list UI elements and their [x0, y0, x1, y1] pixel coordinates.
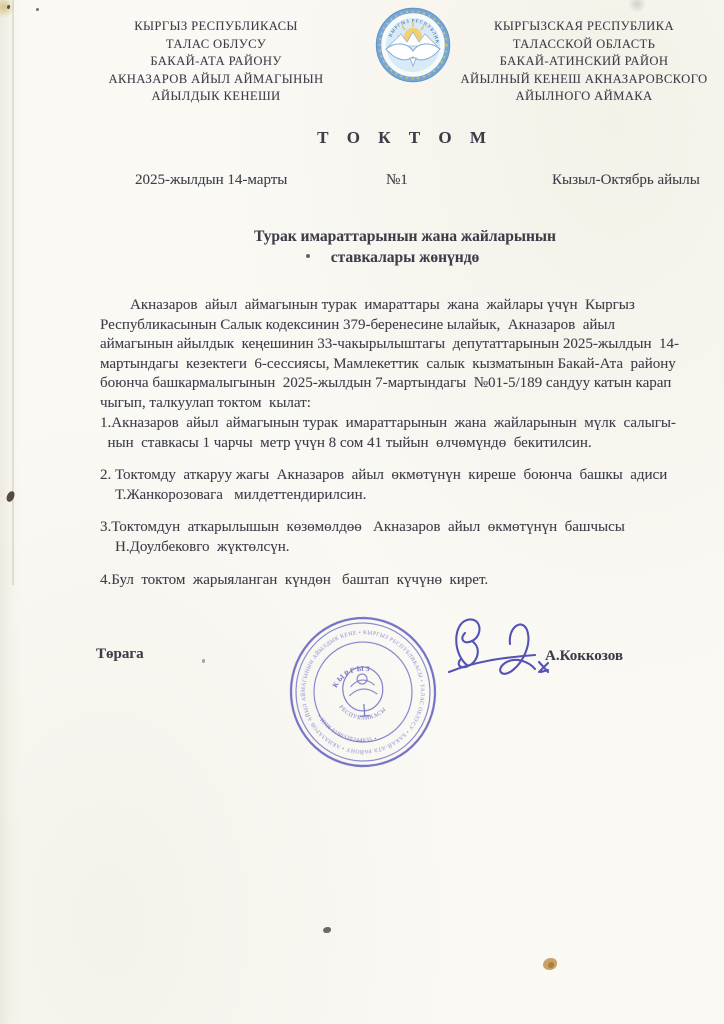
resolution-item-3: 3.Токтомдун аткарылышын көзөмөлдөө Акназ…: [100, 518, 722, 557]
decree-place: Кызыл-Октябрь айылы: [552, 172, 700, 189]
scan-speck: [7, 5, 10, 9]
header-line: КЫРГЫЗСКАЯ РЕСПУБЛИКА: [448, 18, 720, 36]
resolution-items: 1.Акназаров айыл аймагынын турак имаратт…: [100, 414, 722, 603]
svg-text:РЕСПУБЛИКАСЫ: РЕСПУБЛИКАСЫ: [337, 701, 388, 723]
header-org-russian: КЫРГЫЗСКАЯ РЕСПУБЛИКА ТАЛАССКОЙ ОБЛАСТЬ …: [448, 18, 720, 106]
resolution-item-4: 4.Бул токтом жарыяланган күндөн баштап к…: [100, 571, 722, 591]
decree-number: №1: [386, 172, 408, 189]
signer-role: Төрага: [96, 646, 144, 663]
preamble-paragraph: Акназаров айыл аймагынын турак имараттар…: [100, 296, 720, 414]
decree-date: 2025-жылдын 14-марты: [135, 172, 287, 189]
subject-heading: Турак имараттарынын жана жайларынын став…: [90, 226, 720, 268]
header-line: БАКАЙ-АТА РАЙОНУ: [80, 53, 352, 71]
header-line: ТАЛАС ОБЛУСУ: [80, 36, 352, 54]
subject-line-2: ставкалары жөнүндө: [90, 247, 720, 268]
resolution-item-1: 1.Акназаров айыл аймагынын турак имаратт…: [100, 414, 722, 453]
scan-speck: [202, 659, 205, 663]
subject-line-1: Турак имараттарынын жана жайларынын: [90, 226, 720, 247]
header-org-kyrgyz: КЫРГЫЗ РЕСПУБЛИКАСЫ ТАЛАС ОБЛУСУ БАКАЙ-А…: [80, 18, 352, 106]
header-line: АКНАЗАРОВ АЙЫЛ АЙМАГЫНЫН: [80, 71, 352, 89]
scanned-decree-page: КЫРГЫЗ РЕСПУБЛИКАСЫ ТАЛАС ОБЛУСУ БАКАЙ-А…: [0, 0, 724, 1024]
kyrgyz-state-emblem-icon: КЫРГЫЗ РЕСПУБЛИКАСЫ: [374, 6, 452, 84]
handwritten-signature: [438, 610, 566, 692]
header-line: АЙЫЛНОГО АЙМАКА: [448, 88, 720, 106]
stamp-center-bottom-text: РЕСПУБЛИКАСЫ: [337, 701, 388, 723]
official-round-stamp: • КЫРГЫЗ РЕСПУБЛИКАСЫ • ТАЛАС ОБЛУСУ • Б…: [280, 611, 446, 774]
header-line: БАКАЙ-АТИНСКИЙ РАЙОН: [448, 53, 720, 71]
ink-mark: [5, 490, 15, 503]
scan-speck: [36, 8, 39, 11]
document-title: Т О К Т О М: [90, 128, 720, 148]
header-line: КЫРГЫЗ РЕСПУБЛИКАСЫ: [80, 18, 352, 36]
resolution-item-2: 2. Токтомду аткаруу жагы Акназаров айыл …: [100, 466, 722, 505]
header-line: АЙЫЛДЫК КЕНЕШИ: [80, 88, 352, 106]
scan-speck: [323, 927, 331, 933]
header-line: ТАЛАССКОЙ ОБЛАСТЬ: [448, 36, 720, 54]
header-line: АЙЫЛНЫЙ КЕНЕШ АКНАЗАРОВСКОГО: [448, 71, 720, 89]
